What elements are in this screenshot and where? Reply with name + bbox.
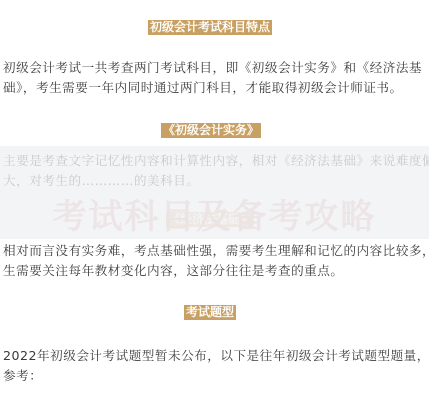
- paragraph-line: 2022年初级会计考试题型暂未公布，以下是往年初级会计考试题型题量，仅供: [3, 346, 427, 366]
- paragraph-accounting-practice: 主要是考查文字记忆性内容和计算性内容，相对《经济法基础》来说难度偏 大，对考生的…: [3, 151, 427, 191]
- paragraph-line: 生需要关注每年教材变化内容，这部分往往是考查的重点。: [3, 261, 427, 281]
- paragraph-line: 参考：: [3, 366, 427, 386]
- paragraph-subject-features: 初级会计考试一共考查两门考试科目，即《初级会计实务》和《经济法基 础》，考生需要…: [3, 58, 427, 98]
- paragraph-exam-question-types: 2022年初级会计考试题型暂未公布，以下是往年初级会计考试题型题量，仅供 参考：: [3, 346, 427, 386]
- paragraph-line: 主要是考查文字记忆性内容和计算性内容，相对《经济法基础》来说难度偏: [3, 151, 427, 171]
- section-heading-subject-features: 初级会计考试科目特点: [148, 20, 272, 35]
- paragraph-line: 初级会计考试一共考查两门考试科目，即《初级会计实务》和《经济法基: [3, 58, 427, 78]
- paragraph-economic-law: 相对而言没有实务难，考点基础性强，需要考生理解和记忆的内容比较多，考 生需要关注…: [3, 241, 427, 281]
- paragraph-line: 础》，考生需要一年内同时通过两门科目，才能取得初级会计师证书。: [3, 78, 427, 98]
- section-heading-economic-law: 《经济法基础》: [166, 212, 254, 227]
- section-heading-accounting-practice: 《初级会计实务》: [161, 123, 261, 138]
- section-heading-exam-question-types: 考试题型: [184, 305, 236, 320]
- paragraph-line: 大，对考生的…………的美科目。: [3, 171, 427, 191]
- paragraph-line: 相对而言没有实务难，考点基础性强，需要考生理解和记忆的内容比较多，考: [3, 241, 427, 261]
